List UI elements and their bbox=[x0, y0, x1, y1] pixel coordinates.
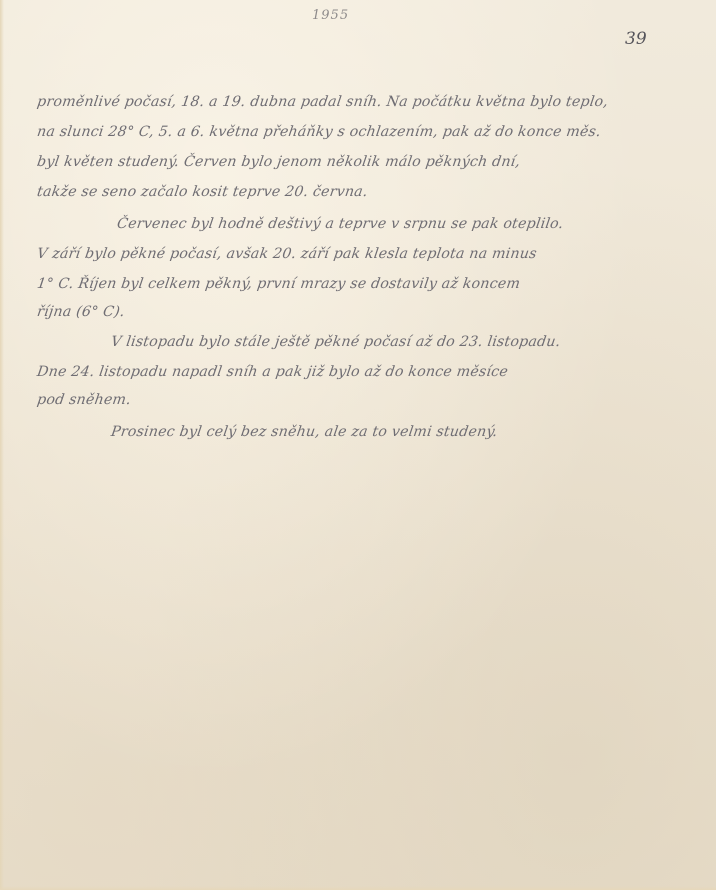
text-line-2: na slunci 28° C, 5. a 6. května přeháňky… bbox=[36, 124, 616, 140]
chronicle-page: 1955 39 proměnlivé počasí, 18. a 19. dub… bbox=[0, 0, 716, 890]
text-line-11: pod sněhem. bbox=[36, 392, 616, 408]
text-line-8: října (6° C). bbox=[36, 304, 616, 320]
text-line-9: V listopadu bylo stále ještě pěkné počas… bbox=[110, 334, 618, 350]
text-line-1: proměnlivé počasí, 18. a 19. dubna padal… bbox=[36, 94, 616, 110]
paper-edge-left bbox=[0, 0, 4, 890]
text-line-6: V září bylo pěkné počasí, avšak 20. září… bbox=[36, 246, 616, 262]
page-number: 39 bbox=[625, 29, 647, 49]
text-line-7: 1° C. Říjen byl celkem pěkný, první mraz… bbox=[36, 276, 616, 292]
text-line-12: Prosinec byl celý bez sněhu, ale za to v… bbox=[110, 424, 618, 440]
paper-edge-bottom bbox=[0, 886, 716, 890]
text-line-4: takže se seno začalo kosit teprve 20. če… bbox=[36, 184, 616, 200]
year-mark: 1955 bbox=[312, 8, 349, 23]
text-line-3: byl květen studený. Červen bylo jenom ně… bbox=[36, 154, 616, 170]
text-line-5: Červenec byl hodně deštivý a teprve v sr… bbox=[116, 216, 618, 232]
text-line-10: Dne 24. listopadu napadl sníh a pak již … bbox=[36, 364, 616, 380]
